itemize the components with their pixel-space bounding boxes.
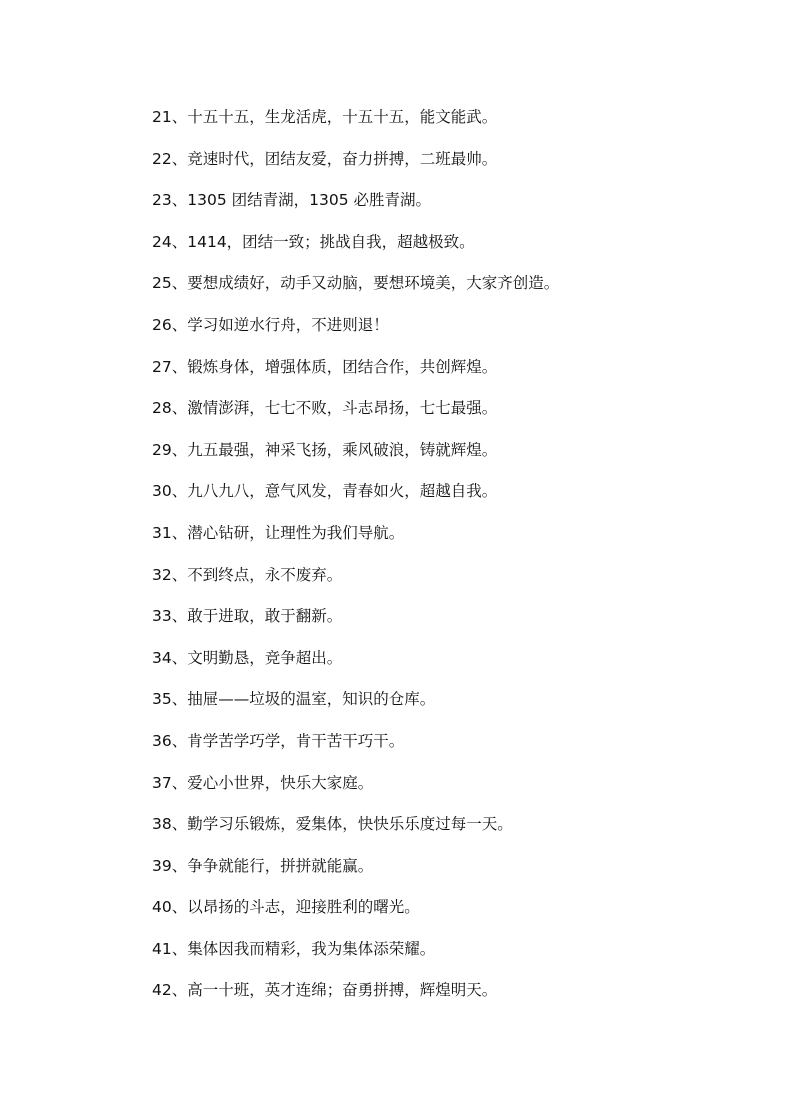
item-text: 高一十班，英才连绵；奋勇拼搏，辉煌明天。 [187,981,497,999]
item-text: 锻炼身体，增强体质，团结合作，共创辉煌。 [187,358,497,376]
list-item: 40、以昂扬的斗志，迎接胜利的曙光。 [152,896,559,938]
list-item: 28、激情澎湃，七七不败，斗志昂扬，七七最强。 [152,397,559,439]
item-text: 潜心钻研，让理性为我们导航。 [187,524,404,542]
item-number: 41、 [152,940,187,958]
item-text: 集体因我而精彩，我为集体添荣耀。 [187,940,435,958]
list-item: 31、潜心钻研，让理性为我们导航。 [152,522,559,564]
item-text: 要想成绩好，动手又动脑，要想环境美，大家齐创造。 [187,274,559,292]
item-text: 十五十五，生龙活虎，十五十五，能文能武。 [187,108,497,126]
item-number: 39、 [152,857,187,875]
item-text: 九五最强，神采飞扬，乘风破浪，铸就辉煌。 [187,441,497,459]
list-item: 33、敢于进取，敢于翻新。 [152,605,559,647]
item-number: 34、 [152,649,187,667]
item-text: 激情澎湃，七七不败，斗志昂扬，七七最强。 [187,399,497,417]
item-number: 28、 [152,399,187,417]
item-text: 肯学苦学巧学，肯干苦干巧干。 [187,732,404,750]
item-text: 竞速时代，团结友爱，奋力拼搏，二班最帅。 [187,150,497,168]
item-text: 敢于进取，敢于翻新。 [187,607,342,625]
item-text: 不到终点，永不废弃。 [187,566,342,584]
item-number: 23、 [152,191,187,209]
item-number: 31、 [152,524,187,542]
item-number: 22、 [152,150,187,168]
item-number: 24、 [152,233,187,251]
item-text: 1305 团结青湖，1305 必胜青湖。 [187,191,431,209]
slogan-list: 21、十五十五，生龙活虎，十五十五，能文能武。 22、竞速时代，团结友爱，奋力拼… [152,106,559,1021]
item-number: 36、 [152,732,187,750]
list-item: 22、竞速时代，团结友爱，奋力拼搏，二班最帅。 [152,148,559,190]
item-text: 1414，团结一致；挑战自我，超越极致。 [187,233,474,251]
item-number: 21、 [152,108,187,126]
item-text: 爱心小世界，快乐大家庭。 [187,774,373,792]
item-number: 38、 [152,815,187,833]
list-item: 34、文明勤恳，竞争超出。 [152,647,559,689]
item-number: 35、 [152,690,187,708]
list-item: 27、锻炼身体，增强体质，团结合作，共创辉煌。 [152,356,559,398]
item-text: 抽屉——垃圾的温室，知识的仓库。 [187,690,435,708]
item-number: 32、 [152,566,187,584]
item-text: 以昂扬的斗志，迎接胜利的曙光。 [187,898,420,916]
item-number: 42、 [152,981,187,999]
item-text: 文明勤恳，竞争超出。 [187,649,342,667]
list-item: 37、爱心小世界，快乐大家庭。 [152,772,559,814]
list-item: 25、要想成绩好，动手又动脑，要想环境美，大家齐创造。 [152,272,559,314]
item-number: 27、 [152,358,187,376]
list-item: 39、争争就能行，拼拼就能赢。 [152,855,559,897]
list-item: 35、抽屉——垃圾的温室，知识的仓库。 [152,688,559,730]
item-number: 40、 [152,898,187,916]
list-item: 42、高一十班，英才连绵；奋勇拼搏，辉煌明天。 [152,979,559,1021]
item-text: 学习如逆水行舟，不进则退！ [187,316,389,334]
list-item: 21、十五十五，生龙活虎，十五十五，能文能武。 [152,106,559,148]
document-page: 21、十五十五，生龙活虎，十五十五，能文能武。 22、竞速时代，团结友爱，奋力拼… [0,0,792,1120]
item-number: 26、 [152,316,187,334]
list-item: 32、不到终点，永不废弃。 [152,564,559,606]
list-item: 24、1414，团结一致；挑战自我，超越极致。 [152,231,559,273]
list-item: 36、肯学苦学巧学，肯干苦干巧干。 [152,730,559,772]
list-item: 41、集体因我而精彩，我为集体添荣耀。 [152,938,559,980]
item-number: 37、 [152,774,187,792]
list-item: 38、勤学习乐锻炼，爱集体，快快乐乐度过每一天。 [152,813,559,855]
item-number: 29、 [152,441,187,459]
list-item: 23、1305 团结青湖，1305 必胜青湖。 [152,189,559,231]
list-item: 29、九五最强，神采飞扬，乘风破浪，铸就辉煌。 [152,439,559,481]
item-number: 33、 [152,607,187,625]
item-number: 30、 [152,482,187,500]
list-item: 30、九八九八，意气风发，青春如火，超越自我。 [152,480,559,522]
list-item: 26、学习如逆水行舟，不进则退！ [152,314,559,356]
item-text: 勤学习乐锻炼，爱集体，快快乐乐度过每一天。 [187,815,513,833]
item-text: 九八九八，意气风发，青春如火，超越自我。 [187,482,497,500]
item-number: 25、 [152,274,187,292]
item-text: 争争就能行，拼拼就能赢。 [187,857,373,875]
